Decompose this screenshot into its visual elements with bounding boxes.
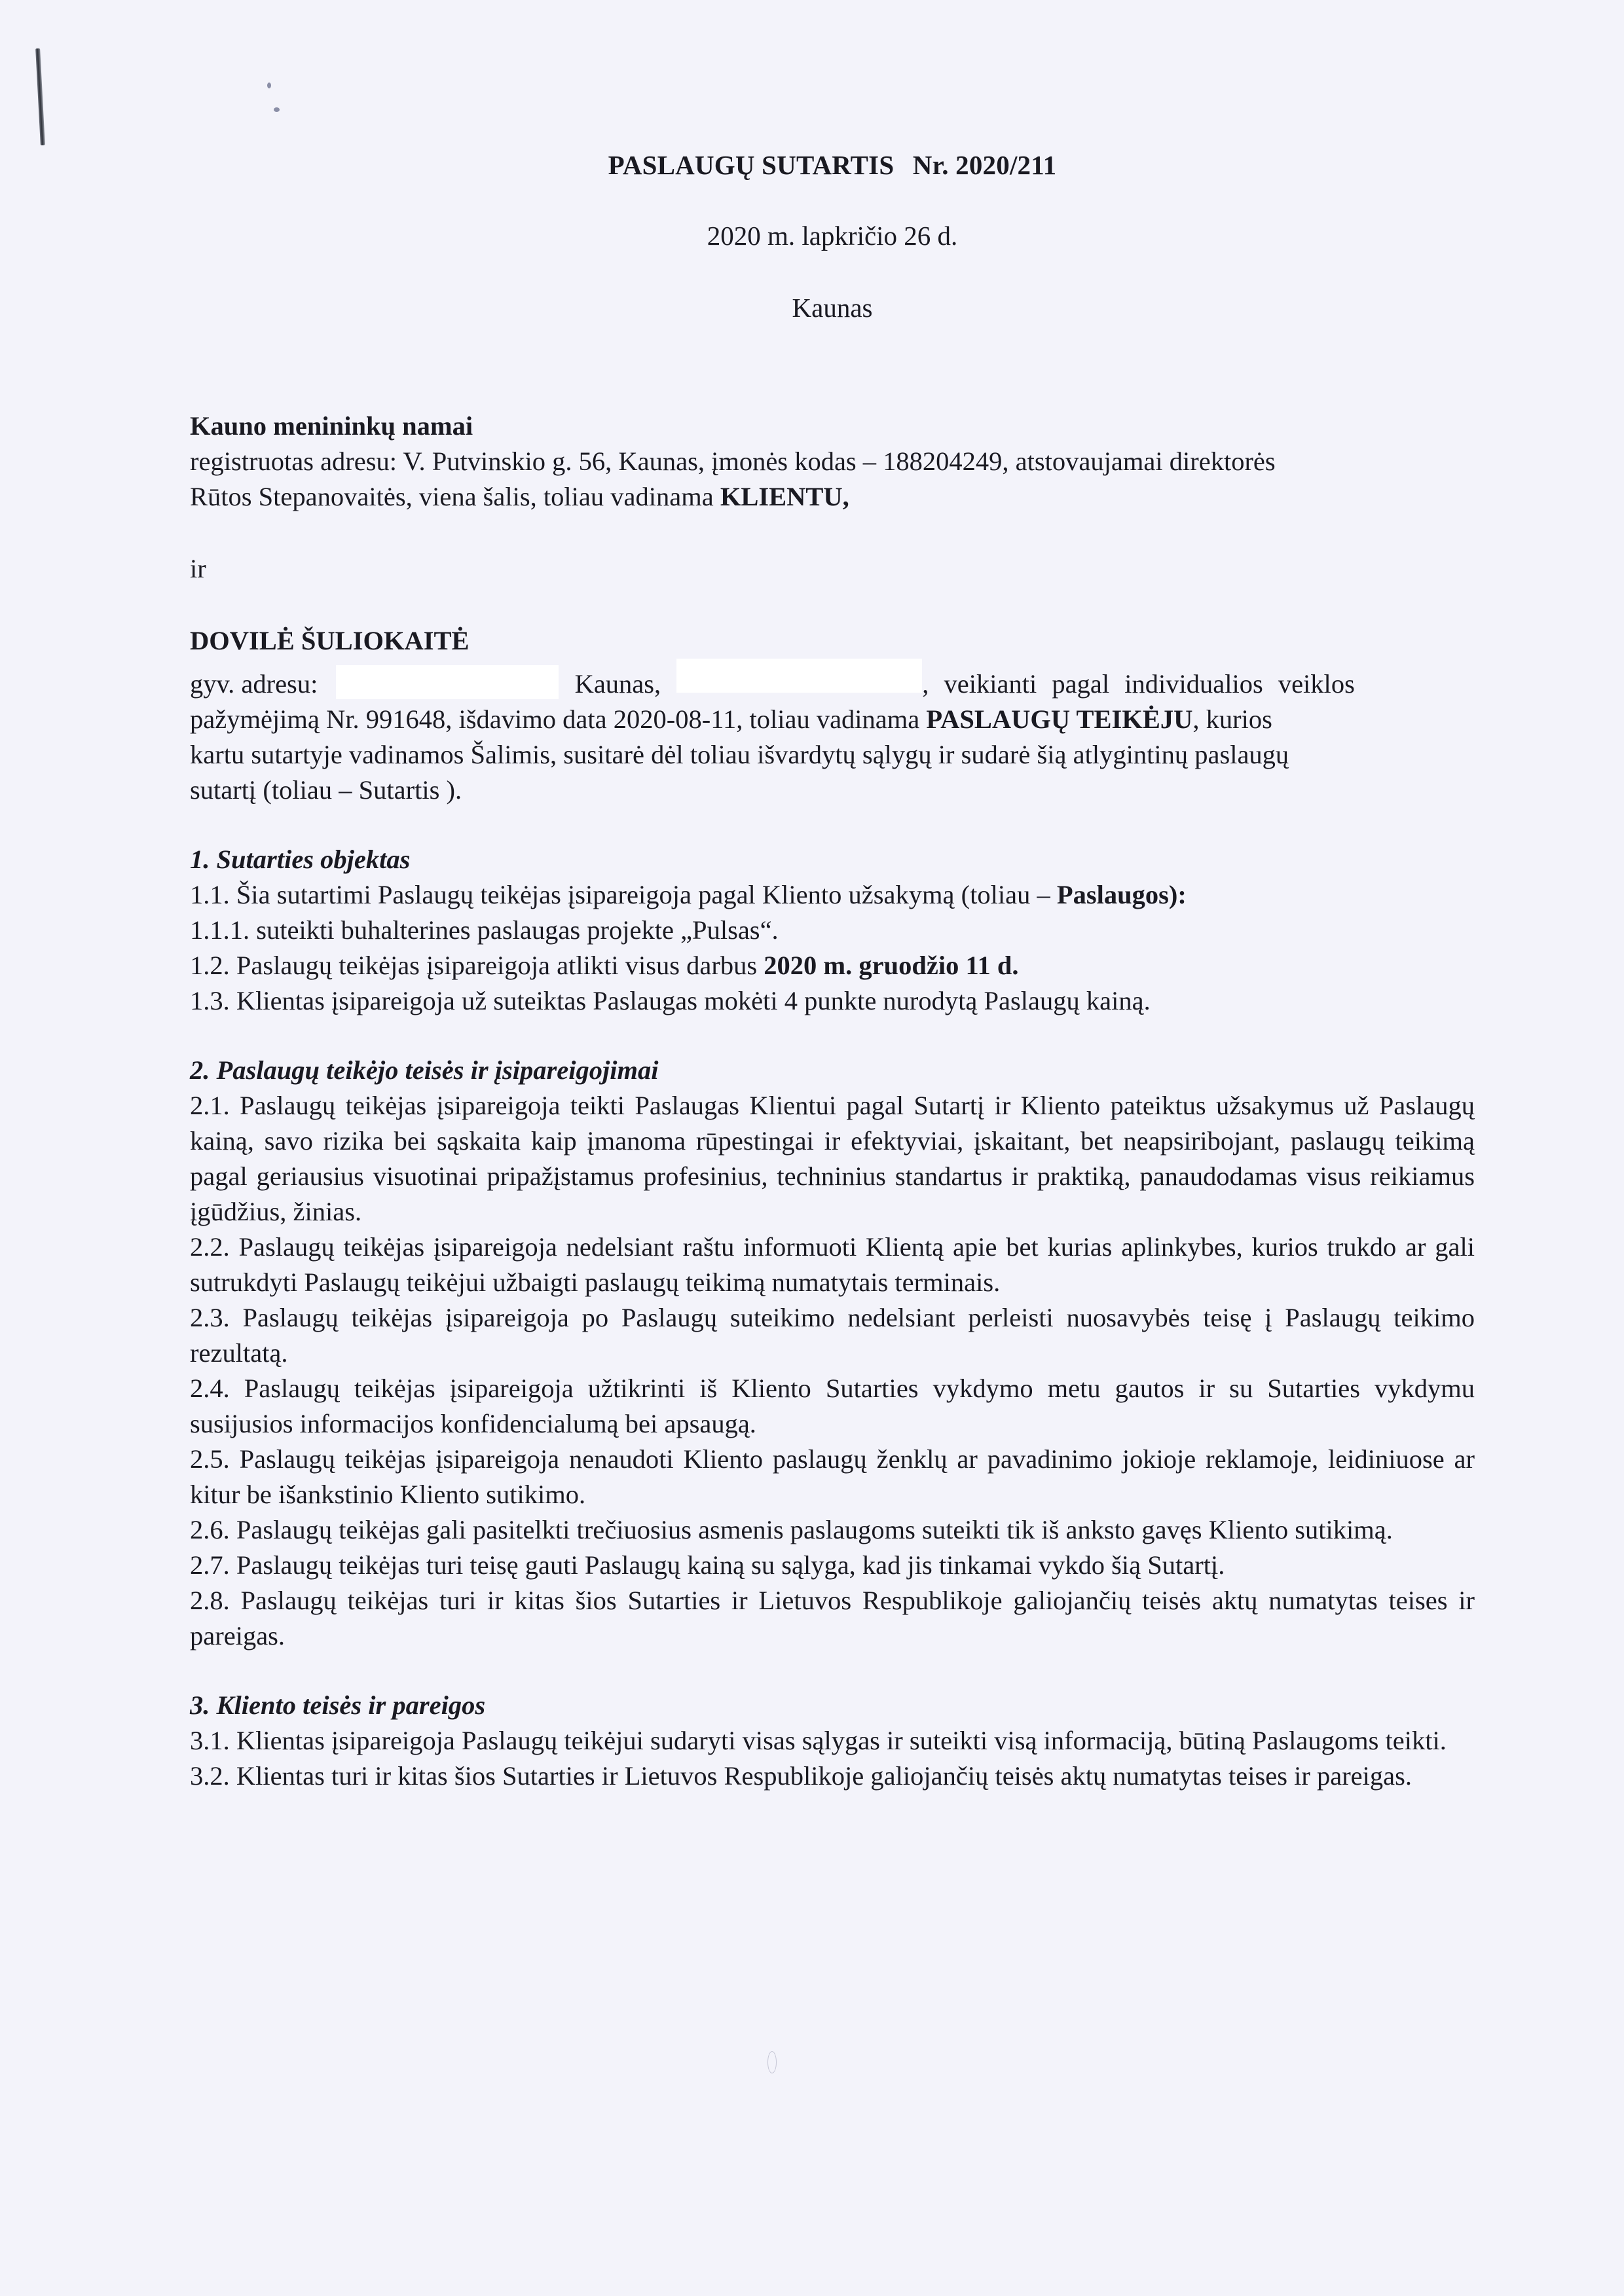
scan-speck <box>267 82 271 88</box>
section-3-heading: 3. Kliento teisės ir pareigos <box>190 1688 1475 1723</box>
clause-1-3: 1.3. Klientas įsipareigoja už suteiktas … <box>190 983 1475 1019</box>
scan-speck <box>274 107 280 112</box>
clause-2-7: 2.7. Paslaugų teikėjas turi teisę gauti … <box>190 1548 1475 1583</box>
clause-1-1-bold: Paslaugos): <box>1057 880 1187 909</box>
section-2-heading: 2. Paslaugų teikėjo teisės ir įsipareigo… <box>190 1053 1475 1088</box>
parties-clause: kartu sutartyje vadinamos Šalimis, susit… <box>190 737 1475 773</box>
address-suffix: , veikianti pagal individualios veiklos <box>922 669 1355 699</box>
redacted-street <box>336 665 559 699</box>
clause-1-2: 1.2. Paslaugų teikėjas įsipareigoja atli… <box>190 948 1475 983</box>
client-representative: Rūtos Stepanovaitės, viena šalis, toliau… <box>190 479 1475 515</box>
client-name: Kauno menininkų namai <box>190 409 1475 444</box>
clause-2-6: 2.6. Paslaugų teikėjas gali pasitelkti t… <box>190 1512 1475 1548</box>
address-city: Kaunas, <box>575 669 661 699</box>
client-rep-text: Rūtos Stepanovaitės, viena šalis, toliau… <box>190 482 720 511</box>
clause-2-3: 2.3. Paslaugų teikėjas įsipareigoja po P… <box>190 1300 1475 1371</box>
provider-name: DOVILĖ ŠULIOKAITĖ <box>190 623 1475 659</box>
provider-address: gyv. adresu: Kaunas, , veikianti pagal i… <box>190 659 1475 702</box>
contract-number: Nr. 2020/211 <box>913 150 1057 180</box>
clause-3-2: 3.2. Klientas turi ir kitas šios Sutarti… <box>190 1758 1475 1794</box>
clause-2-4: 2.4. Paslaugų teikėjas įsipareigoja užti… <box>190 1371 1475 1442</box>
certificate-suffix: , kurios <box>1192 704 1272 734</box>
clause-2-1: 2.1. Paslaugų teikėjas įsipareigoja teik… <box>190 1088 1475 1230</box>
document-title: PASLAUGŲ SUTARTIS Nr. 2020/211 <box>190 149 1475 181</box>
document-city: Kaunas <box>190 292 1475 323</box>
staple-mark <box>35 48 45 145</box>
clause-1-1-1: 1.1.1. suteikti buhalterines paslaugas p… <box>190 913 1475 948</box>
client-address-text: registruotas adresu: V. Putvinskio g. 56… <box>190 446 1276 476</box>
document-date: 2020 m. lapkričio 26 d. <box>190 220 1475 251</box>
client-role: KLIENTU, <box>720 482 849 511</box>
clause-2-5: 2.5. Paslaugų teikėjas įsipareigoja nena… <box>190 1442 1475 1512</box>
deadline-date: 2020 m. gruodžio 11 d. <box>764 951 1018 980</box>
pen-mark <box>767 2051 777 2073</box>
clause-1-1-text: 1.1. Šia sutartimi Paslaugų teikėjas įsi… <box>190 880 1057 909</box>
redacted-details <box>676 659 922 693</box>
document-body: Kauno menininkų namai registruotas adres… <box>190 409 1475 1794</box>
clause-2-8: 2.8. Paslaugų teikėjas turi ir kitas šio… <box>190 1583 1475 1654</box>
connector-text: ir <box>190 551 1475 587</box>
provider-role: PASLAUGŲ TEIKĖJU <box>926 704 1192 734</box>
section-1-heading: 1. Sutarties objektas <box>190 842 1475 877</box>
clause-1-2-text: 1.2. Paslaugų teikėjas įsipareigoja atli… <box>190 951 764 980</box>
clause-3-1: 3.1. Klientas įsipareigoja Paslaugų teik… <box>190 1723 1475 1758</box>
address-label: gyv. adresu: <box>190 669 318 699</box>
contract-alias: sutartį (toliau – Sutartis ). <box>190 773 1475 808</box>
client-address: registruotas adresu: V. Putvinskio g. 56… <box>190 444 1475 479</box>
title-text: PASLAUGŲ SUTARTIS <box>608 150 895 180</box>
clause-1-1: 1.1. Šia sutartimi Paslaugų teikėjas įsi… <box>190 877 1475 913</box>
clause-2-2: 2.2. Paslaugų teikėjas įsipareigoja nede… <box>190 1230 1475 1300</box>
provider-certificate: pažymėjimą Nr. 991648, išdavimo data 202… <box>190 702 1475 737</box>
certificate-text: pažymėjimą Nr. 991648, išdavimo data 202… <box>190 704 926 734</box>
